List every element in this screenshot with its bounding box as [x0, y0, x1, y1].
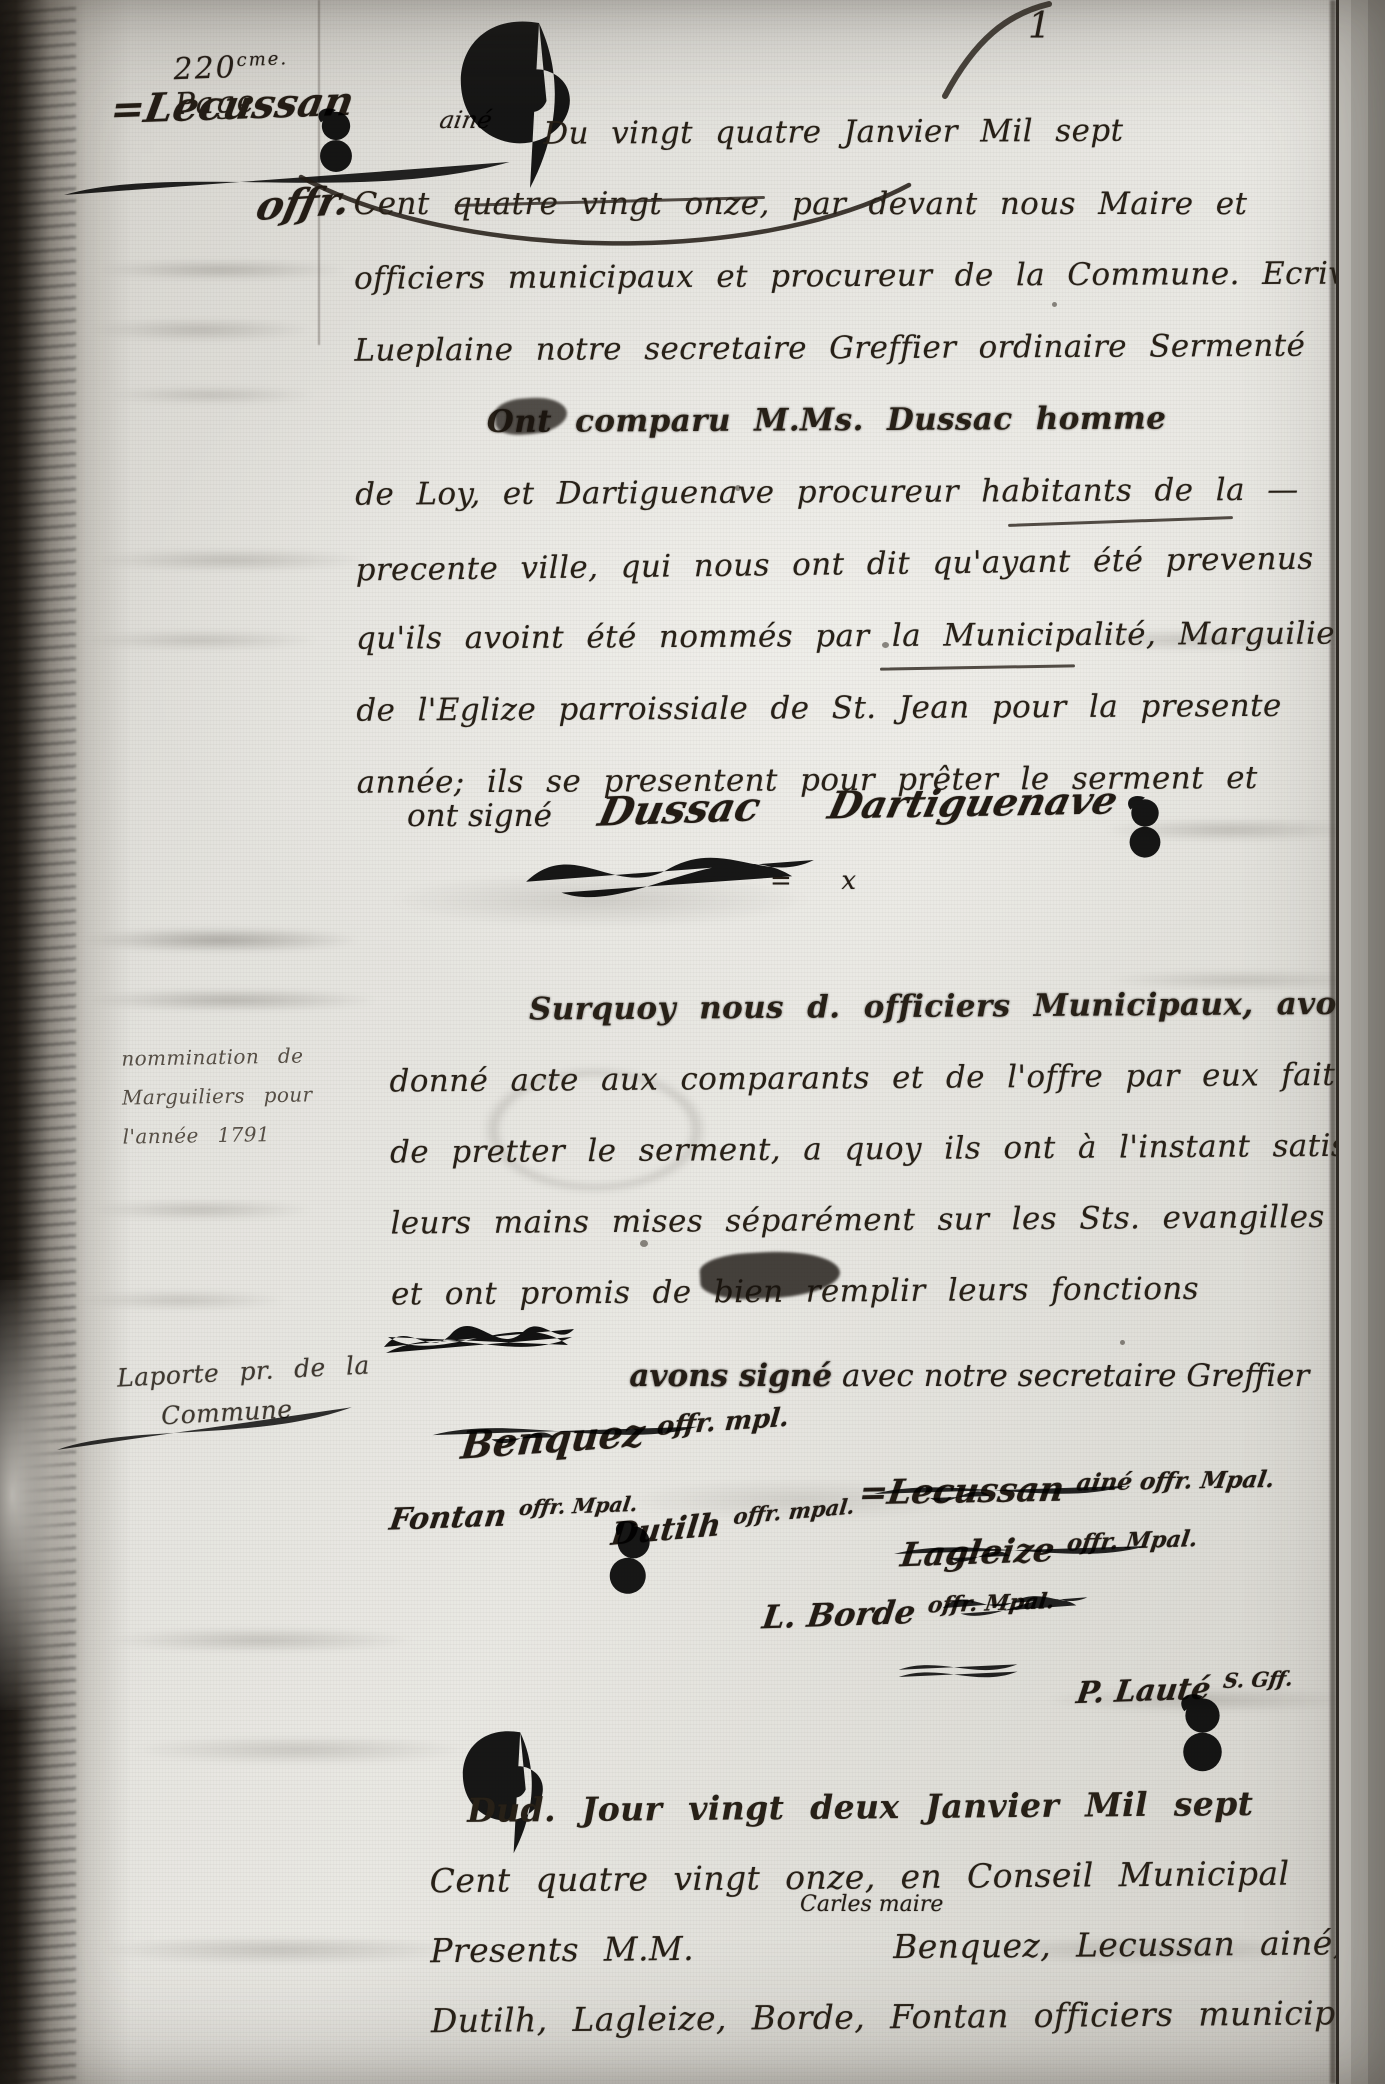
ink-speck [1120, 1340, 1125, 1345]
corner-mark: 1 [1028, 6, 1051, 47]
ink-scribble-strikeout [378, 1306, 578, 1368]
page-number-suffix: cme. [236, 48, 288, 71]
handwritten-line: donné acte aux comparants et de l'offre … [389, 1039, 1385, 1117]
handwritten-line: l'année 1791 [122, 1114, 313, 1156]
handwritten-line: precente ville, qui nous ont dit qu'ayan… [355, 522, 1385, 607]
handwritten-line: Du vingt quatre Janvier Mil sept [543, 93, 1385, 169]
handwritten-line: Presents M.M. Benquez, Lecussan ainé, [430, 1908, 1385, 1986]
section-divider-mark: = x [770, 866, 856, 896]
laute-leading-stroke [888, 1650, 1028, 1686]
worn-paper-patch [0, 1280, 80, 1710]
adjacent-page-strip [1336, 0, 1385, 2084]
ink-speck [640, 1240, 648, 1247]
signature-laute: P. LautéS. Gff. [1028, 1631, 1300, 1748]
benquez-underline [400, 1412, 730, 1454]
handwritten-line: de l'Eglize parroissiale de St. Jean pou… [356, 669, 1385, 746]
document-scan-page: 220cme. Page 1 =Lecussan ainé offr. Du v… [0, 0, 1385, 2084]
handwritten-line: Ont comparu M.Ms. Dussac homme [487, 381, 1385, 458]
binding-streaks [0, 0, 76, 2084]
ink-speck [735, 485, 741, 491]
act2-signing-rest: avec notre secretaire Greffier [832, 1358, 1309, 1394]
fontan-name: Fontan [387, 1498, 508, 1537]
signature-dartiguenave-paraph [1115, 782, 1175, 880]
handwritten-line: Dutilh, Lagleize, Borde, Fontan officier… [431, 1978, 1385, 2056]
act3-superscript-insertion: Carles maire [800, 1892, 943, 1917]
borde-paraph [940, 1572, 1090, 1632]
handwritten-line: officiers municipaux et procureur de la … [354, 237, 1385, 314]
margin-note-marguilliers: nommination deMarguiliers pourl'année 17… [121, 1036, 314, 1156]
handwritten-line: nommination de [121, 1036, 312, 1078]
borde-name: L. Borde [760, 1593, 918, 1637]
ink-speck [1052, 302, 1057, 307]
handwritten-line: leurs mains mises séparément sur les Sts… [390, 1181, 1385, 1259]
handwritten-line: Lueplaine notre secretaire Greffier ordi… [354, 309, 1385, 386]
handwritten-line: Dud. Jour vingt deux Janvier Mil sept [467, 1768, 1385, 1846]
handwritten-line: qu'ils avoint été nommés par la Municipa… [356, 597, 1385, 674]
handwritten-line: Marguiliers pour [122, 1075, 313, 1117]
handwritten-line: de pretter le serment, a quoy ils ont à … [390, 1110, 1385, 1188]
handwritten-line: Surquoy nous d. officiers Municipaux, av… [529, 968, 1385, 1045]
signature-dartiguenave: Dartiguenave [824, 778, 1122, 828]
ink-speck [882, 642, 889, 648]
act2-paragraph: Surquoy nous d. officiers Municipaux, av… [389, 968, 1385, 1330]
